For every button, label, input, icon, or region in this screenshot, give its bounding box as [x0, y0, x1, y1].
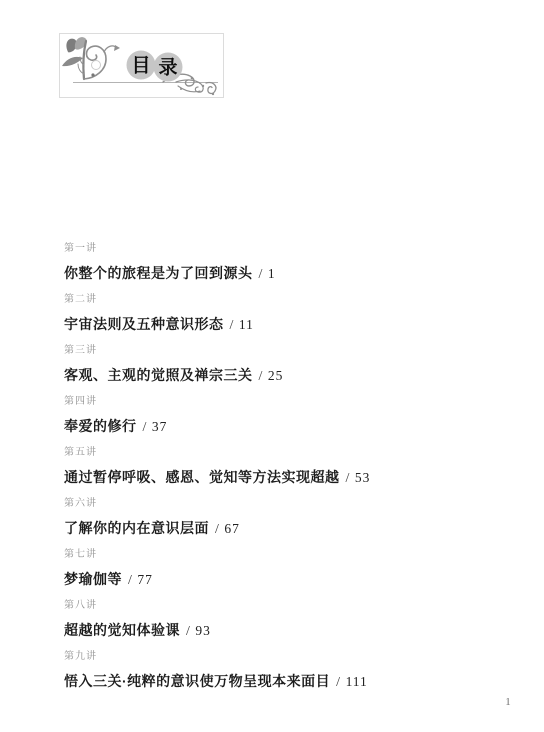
- toc-title-char-1: 目: [131, 55, 150, 77]
- toc-header: 目 录: [59, 33, 224, 98]
- toc-entry-title-row: 通过暂停呼吸、感恩、觉知等方法实现超越/53: [64, 467, 504, 487]
- toc-entry-label: 第七讲: [64, 548, 504, 562]
- toc-entry-label: 第四讲: [64, 395, 504, 409]
- toc-entry-page-number: 37: [152, 419, 168, 434]
- toc-entry-label: 第六讲: [64, 497, 504, 511]
- toc-entry-title: 超越的觉知体验课: [64, 622, 180, 638]
- toc-entry-separator: /: [259, 369, 263, 384]
- toc-list: 第一讲 你整个的旅程是为了回到源头/1 第二讲 宇宙法则及五种意识形态/11 第…: [64, 242, 504, 701]
- toc-entry-separator: /: [346, 471, 350, 486]
- toc-entry-label: 第二讲: [64, 293, 504, 307]
- toc-entry: 第九讲 悟入三关·纯粹的意识使万物呈现本来面目/111: [64, 650, 504, 691]
- toc-entry-title-row: 奉爱的修行/37: [64, 416, 504, 436]
- toc-entry-label: 第九讲: [64, 650, 504, 664]
- toc-page: 目 录 第一讲 你整个的旅程是为了回到源头/1 第二讲 宇宙法则及五种意识形态/…: [0, 0, 544, 732]
- toc-entry: 第八讲 超越的觉知体验课/93: [64, 599, 504, 640]
- toc-entry: 第七讲 梦瑜伽等/77: [64, 548, 504, 589]
- toc-entry: 第五讲 通过暂停呼吸、感恩、觉知等方法实现超越/53: [64, 446, 504, 487]
- toc-entry-title: 悟入三关·纯粹的意识使万物呈现本来面目: [64, 673, 330, 689]
- toc-entry-title-row: 悟入三关·纯粹的意识使万物呈现本来面目/111: [64, 671, 504, 691]
- toc-entry-title-row: 超越的觉知体验课/93: [64, 620, 504, 640]
- toc-entry-label: 第三讲: [64, 344, 504, 358]
- toc-entry: 第四讲 奉爱的修行/37: [64, 395, 504, 436]
- toc-entry: 第三讲 客观、主观的觉照及禅宗三关/25: [64, 344, 504, 385]
- toc-entry-title: 奉爱的修行: [64, 418, 137, 434]
- toc-entry-page-number: 11: [239, 317, 254, 332]
- toc-entry-title: 宇宙法则及五种意识形态: [64, 316, 224, 332]
- toc-entry-title-row: 了解你的内在意识层面/67: [64, 518, 504, 538]
- toc-entry-separator: /: [143, 420, 147, 435]
- toc-entry-title: 梦瑜伽等: [64, 571, 122, 587]
- toc-title-char-2: 录: [158, 57, 177, 79]
- toc-entry-title-row: 客观、主观的觉照及禅宗三关/25: [64, 365, 504, 385]
- toc-entry-label: 第八讲: [64, 599, 504, 613]
- footer-page-number: 1: [501, 696, 515, 708]
- toc-entry-title: 你整个的旅程是为了回到源头: [64, 265, 253, 281]
- floral-ornament: 目 录: [60, 34, 223, 97]
- toc-entry-page-number: 53: [355, 470, 371, 485]
- toc-entry-page-number: 67: [224, 521, 240, 536]
- toc-entry-separator: /: [186, 624, 190, 639]
- toc-entry-title: 了解你的内在意识层面: [64, 520, 209, 536]
- toc-entry-label: 第一讲: [64, 242, 504, 256]
- toc-entry: 第六讲 了解你的内在意识层面/67: [64, 497, 504, 538]
- toc-entry-title-row: 梦瑜伽等/77: [64, 569, 504, 589]
- toc-entry-label: 第五讲: [64, 446, 504, 460]
- toc-entry-title: 客观、主观的觉照及禅宗三关: [64, 367, 253, 383]
- toc-entry-title: 通过暂停呼吸、感恩、觉知等方法实现超越: [64, 469, 340, 485]
- floral-flourish-left-icon: [62, 37, 120, 79]
- toc-entry-page-number: 25: [268, 368, 284, 383]
- toc-entry-page-number: 1: [268, 266, 276, 281]
- toc-entry-separator: /: [230, 318, 234, 333]
- toc-entry-separator: /: [259, 267, 263, 282]
- toc-entry-title-row: 宇宙法则及五种意识形态/11: [64, 314, 504, 334]
- toc-entry-page-number: 93: [195, 623, 211, 638]
- toc-entry: 第二讲 宇宙法则及五种意识形态/11: [64, 293, 504, 334]
- toc-entry-separator: /: [336, 675, 340, 690]
- toc-entry-separator: /: [215, 522, 219, 537]
- toc-entry-page-number: 111: [346, 674, 368, 689]
- toc-entry-title-row: 你整个的旅程是为了回到源头/1: [64, 263, 504, 283]
- toc-entry: 第一讲 你整个的旅程是为了回到源头/1: [64, 242, 504, 283]
- toc-entry-page-number: 77: [137, 572, 153, 587]
- toc-entry-separator: /: [128, 573, 132, 588]
